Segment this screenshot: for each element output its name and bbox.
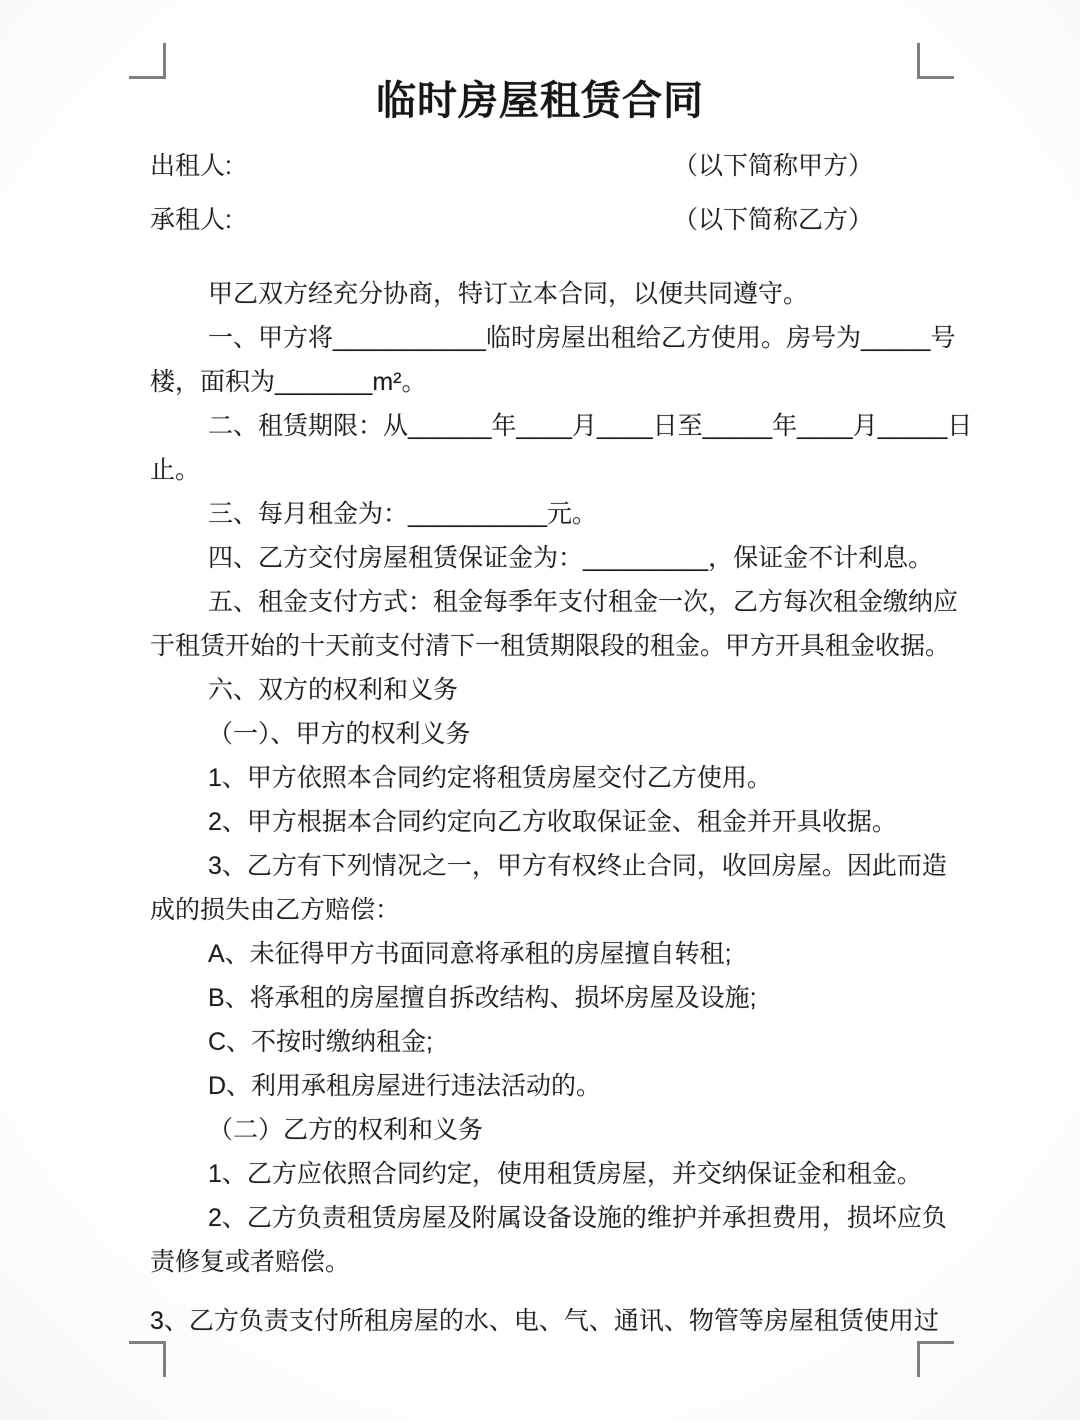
crop-mark-top-left bbox=[129, 43, 166, 79]
lessor-alias: （以下简称甲方） bbox=[673, 144, 873, 188]
parties-section: 出租人: （以下简称甲方） 承租人: （以下简称乙方） bbox=[150, 144, 928, 242]
contract-line: 责修复或者赔偿。 bbox=[150, 1240, 928, 1284]
contract-line: 1、甲方依照本合同约定将租赁房屋交付乙方使用。 bbox=[150, 756, 928, 800]
contract-line: D、利用承租房屋进行违法活动的。 bbox=[150, 1064, 928, 1108]
lessee-alias: （以下简称乙方） bbox=[673, 198, 873, 242]
contract-line: 三、每月租金为：__________元。 bbox=[150, 492, 928, 536]
contract-line: （一）、甲方的权利义务 bbox=[150, 712, 928, 756]
lessee-label: 承租人: bbox=[150, 198, 232, 242]
lessor-label: 出租人: bbox=[150, 144, 232, 188]
contract-line: 二、租赁期限：从______年____月____日至_____年____月___… bbox=[150, 404, 928, 448]
contract-body: 甲乙双方经充分协商，特订立本合同，以便共同遵守。 一、甲方将__________… bbox=[150, 272, 928, 1343]
lessor-row: 出租人: （以下简称甲方） bbox=[150, 144, 928, 188]
contract-line: 成的损失由乙方赔偿： bbox=[150, 888, 928, 932]
contract-line: 一、甲方将___________临时房屋出租给乙方使用。房号为_____号 bbox=[150, 316, 928, 360]
crop-mark-top-right bbox=[917, 43, 954, 79]
contract-line: 2、乙方负责租赁房屋及附属设备设施的维护并承担费用，损坏应负 bbox=[150, 1196, 928, 1240]
contract-line: 甲乙双方经充分协商，特订立本合同，以便共同遵守。 bbox=[150, 272, 928, 316]
contract-line: A、未征得甲方书面同意将承租的房屋擅自转租; bbox=[150, 932, 928, 976]
contract-line: （二）乙方的权利和义务 bbox=[150, 1108, 928, 1152]
contract-line: 止。 bbox=[150, 448, 928, 492]
contract-line: 1、乙方应依照合同约定，使用租赁房屋，并交纳保证金和租金。 bbox=[150, 1152, 928, 1196]
crop-mark-bottom-right bbox=[917, 1341, 954, 1377]
contract-line: 3、乙方负责支付所租房屋的水、电、气、通讯、物管等房屋租赁使用过 bbox=[150, 1299, 928, 1343]
lessee-row: 承租人: （以下简称乙方） bbox=[150, 198, 928, 242]
contract-line: 楼，面积为_______m²。 bbox=[150, 360, 928, 404]
contract-page: 出租人: （以下简称甲方） 承租人: （以下简称乙方） 甲乙双方经充分协商，特订… bbox=[0, 144, 1080, 1343]
contract-line: 六、双方的权利和义务 bbox=[150, 668, 928, 712]
contract-line: 3、乙方有下列情况之一，甲方有权终止合同，收回房屋。因此而造 bbox=[150, 844, 928, 888]
contract-line: 于租赁开始的十天前支付清下一租赁期限段的租金。甲方开具租金收据。 bbox=[150, 624, 928, 668]
contract-line: 五、租金支付方式：租金每季年支付租金一次，乙方每次租金缴纳应 bbox=[150, 580, 928, 624]
contract-line: C、不按时缴纳租金; bbox=[150, 1020, 928, 1064]
contract-line: 2、甲方根据本合同约定向乙方收取保证金、租金并开具收据。 bbox=[150, 800, 928, 844]
contract-line: B、将承租的房屋擅自拆改结构、损坏房屋及设施; bbox=[150, 976, 928, 1020]
crop-mark-bottom-left bbox=[129, 1341, 166, 1377]
contract-line: 四、乙方交付房屋租赁保证金为：_________，保证金不计利息。 bbox=[150, 536, 928, 580]
